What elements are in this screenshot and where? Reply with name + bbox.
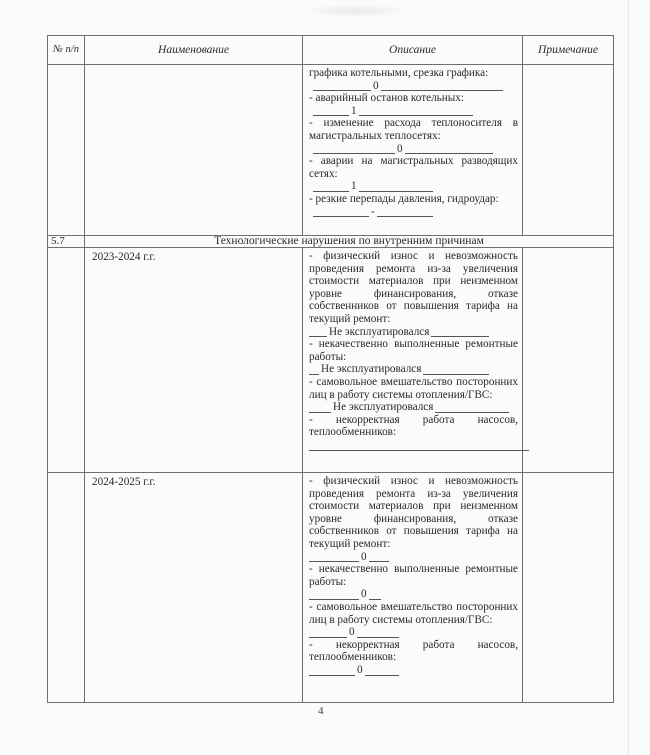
- fill-in-value: 1: [349, 105, 359, 118]
- page-edge: [628, 0, 629, 755]
- cell-description: - физический износ и невозможность прове…: [303, 473, 523, 703]
- table-row: 2023-2024 г.г. - физический износ и нево…: [48, 248, 614, 473]
- fill-in-blank: 0: [309, 551, 518, 564]
- header-description: Описание: [303, 36, 523, 65]
- description-text: - самовольное вмешательство посторонних …: [309, 376, 518, 401]
- fill-in-value: 0: [359, 588, 369, 601]
- description-text: - физический износ и невозможность прове…: [309, 475, 518, 551]
- fill-in-value: 0: [371, 80, 381, 93]
- table-header-row: № п/п Наименование Описание Примечание: [48, 36, 614, 65]
- cell-name: [85, 65, 303, 236]
- header-note: Примечание: [523, 36, 614, 65]
- incident-table: № п/п Наименование Описание Примечание г…: [47, 35, 614, 703]
- description-text: - некорректная работа насосов, теплообме…: [309, 414, 518, 439]
- cell-number: [48, 248, 85, 473]
- cell-period: 2023-2024 г.г.: [85, 248, 303, 473]
- cell-description: графика котельными, срезка графика:0- ав…: [303, 65, 523, 236]
- description-text: - самовольное вмешательство посторонних …: [309, 601, 518, 626]
- fill-in-value: 0: [359, 551, 369, 564]
- fill-in-blank: -: [309, 206, 518, 219]
- description-text: - резкие перепады давления, гидроудар:: [309, 193, 518, 206]
- description-items: - физический износ и невозможность прове…: [309, 475, 518, 677]
- fill-in-value: 0: [347, 626, 357, 639]
- fill-in-value: 1: [349, 180, 359, 193]
- description-text: - аварии на магистральных разводящих сет…: [309, 155, 518, 180]
- page-number: 4: [318, 705, 324, 717]
- cell-note: [523, 248, 614, 473]
- fill-in-blank: 1: [309, 105, 518, 118]
- scan-artifact: [300, 4, 410, 18]
- description-text: графика котельными, срезка графика:: [309, 67, 518, 80]
- cell-note: [523, 65, 614, 236]
- fill-in-blank: Не эксплуатировался: [309, 326, 518, 339]
- fill-in-blank: [309, 439, 518, 452]
- fill-in-blank: 0: [309, 626, 518, 639]
- section-row: 5.7 Технологические нарушения по внутрен…: [48, 236, 614, 248]
- fill-in-blank: Не эксплуатировался: [309, 401, 518, 414]
- fill-in-blank: 0: [309, 143, 518, 156]
- section-number: 5.7: [48, 236, 85, 248]
- fill-in-value: -: [369, 206, 377, 219]
- fill-in-value: 0: [355, 664, 365, 677]
- section-title: Технологические нарушения по внутренним …: [85, 236, 614, 248]
- description-items: - физический износ и невозможность прове…: [309, 250, 518, 452]
- table-row: 2024-2025 г.г. - физический износ и нево…: [48, 473, 614, 703]
- fill-in-blank: 1: [309, 180, 518, 193]
- fill-in-value: 0: [395, 143, 405, 156]
- cell-number: [48, 473, 85, 703]
- header-number: № п/п: [48, 36, 85, 65]
- fill-in-value: Не эксплуатировался: [331, 401, 435, 414]
- fill-in-blank: 0: [309, 80, 518, 93]
- description-text: - физический износ и невозможность прове…: [309, 250, 518, 326]
- fill-in-blank: 0: [309, 664, 518, 677]
- description-text: - некачественно выполненные ремонтные ра…: [309, 563, 518, 588]
- description-text: - изменение расхода теплоносителя в маги…: [309, 117, 518, 142]
- description-text: - некорректная работа насосов, теплообме…: [309, 639, 518, 664]
- fill-in-value: Не эксплуатировался: [327, 326, 431, 339]
- fill-in-value: Не эксплуатировался: [319, 363, 423, 376]
- cell-note: [523, 473, 614, 703]
- description-text: - аварийный останов котельных:: [309, 92, 518, 105]
- description-text: - некачественно выполненные ремонтные ра…: [309, 338, 518, 363]
- continuation-row: графика котельными, срезка графика:0- ав…: [48, 65, 614, 236]
- cell-description: - физический износ и невозможность прове…: [303, 248, 523, 473]
- fill-in-blank: 0: [309, 588, 518, 601]
- cell-period: 2024-2025 г.г.: [85, 473, 303, 703]
- fill-in-blank: Не эксплуатировался: [309, 363, 518, 376]
- header-name: Наименование: [85, 36, 303, 65]
- cell-number: [48, 65, 85, 236]
- description-items: графика котельными, срезка графика:0- ав…: [309, 67, 518, 218]
